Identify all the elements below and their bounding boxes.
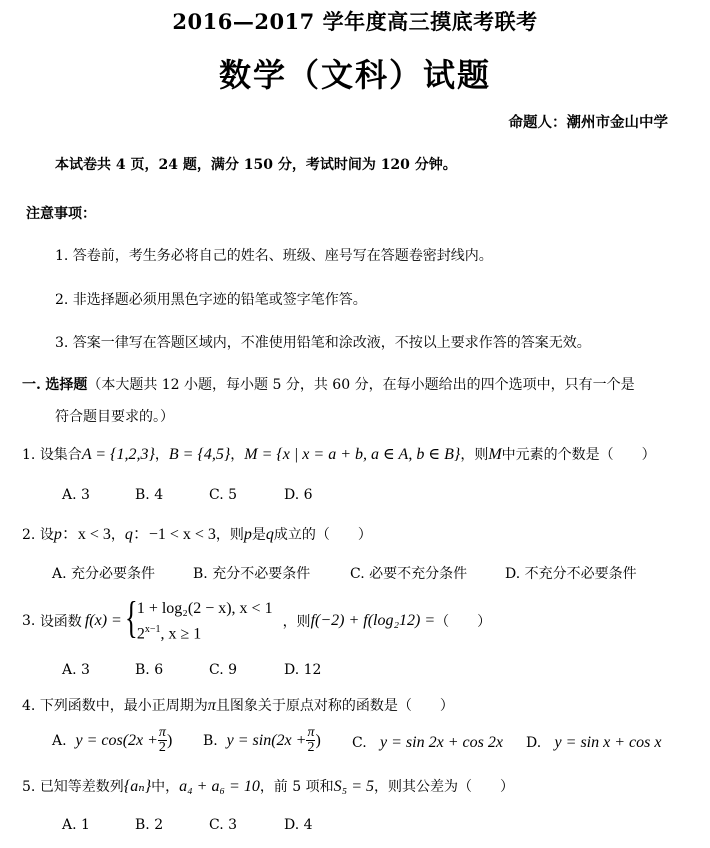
option-d: D. 不充分不必要条件 xyxy=(505,563,637,583)
math-expr: {aₙ} xyxy=(124,778,151,795)
option-c: C. y = sin 2x + cos 2x xyxy=(352,734,503,752)
question-number: 5. xyxy=(22,779,35,795)
option-c: C. 5 xyxy=(209,487,237,503)
option-a: A. y = cos(2x + π2 ) xyxy=(52,726,172,755)
question-text: 是 xyxy=(252,527,266,543)
question-number: 2. xyxy=(22,527,35,543)
question-text: 中， xyxy=(151,779,179,795)
math-expr: q xyxy=(125,526,133,543)
math-expr: S₅ = 5 xyxy=(334,778,374,795)
option-d: D. 4 xyxy=(284,817,313,833)
option-d: D. 6 xyxy=(284,487,313,503)
option-b: B. 2 xyxy=(135,817,163,833)
note-item: 3. 答案一律写在答题区域内，不准使用铅笔和涂改液，不按以上要求作答的答案无效。 xyxy=(55,332,591,352)
fraction-numerator: π xyxy=(306,726,315,741)
question-text: 设函数 xyxy=(40,611,82,631)
option-a: A. 3 xyxy=(62,662,90,678)
question-3: 3. 设函数 f(x) = { 1 + log₂(2 − x), x < 1 2… xyxy=(22,598,491,644)
math-expr: y = sin 2x + cos 2x xyxy=(380,734,503,751)
question-text: 下列函数中，最小正周期为 xyxy=(40,698,208,714)
option-label: D. xyxy=(526,735,541,751)
fraction-denominator: 2 xyxy=(306,741,315,755)
math-expr: p xyxy=(54,526,62,543)
math-expr: ) xyxy=(315,732,320,750)
option-a: A. 充分必要条件 xyxy=(52,563,155,583)
question-number: 3. xyxy=(22,613,35,629)
question-text: ， xyxy=(230,447,244,463)
piecewise-case-1: 1 + log₂(2 − x), x < 1 xyxy=(137,598,273,619)
question-text: 中元素的个数是（ ） xyxy=(502,447,656,463)
section-header: 一. 选择题（本大题共 12 小题，每小题 5 分，共 60 分，在每小题给出的… xyxy=(22,374,635,394)
option-b: B. y = sin(2x + π2 ) xyxy=(203,726,321,755)
piecewise-function: { 1 + log₂(2 − x), x < 1 2x−1, x ≥ 1 xyxy=(125,598,273,644)
math-expr: f(x) = xyxy=(85,612,122,630)
note-item: 1. 答卷前，考生务必将自己的姓名、班级、座号写在答题卷密封线内。 xyxy=(55,245,493,265)
question-number: 4. xyxy=(22,698,35,714)
option-c: C. 3 xyxy=(209,817,237,833)
question-text: 设集合 xyxy=(40,447,82,463)
question-text: 已知等差数列 xyxy=(40,779,124,795)
math-expr: M = {x | x = a + b, a ∈ A, b ∈ B} xyxy=(244,446,460,463)
math-exponent: x−1 xyxy=(145,624,161,635)
math-expr: M xyxy=(488,446,501,463)
section-number: 一. xyxy=(22,377,41,393)
option-a: A. 1 xyxy=(62,817,90,833)
question-5: 5. 已知等差数列{aₙ}中，a₄ + a₆ = 10，前 5 项和S₅ = 5… xyxy=(22,776,514,796)
fraction-numerator: π xyxy=(158,726,167,741)
question-text: （ ） xyxy=(435,611,491,631)
question-2: 2. 设p：x < 3，q：−1 < x < 3，则p是q成立的（ ） xyxy=(22,521,372,544)
math-expr: ：x < 3 xyxy=(62,526,111,543)
question-text: ， xyxy=(155,447,169,463)
option-c: C. 必要不充分条件 xyxy=(350,563,467,583)
option-label: A. xyxy=(52,733,67,749)
brace-icon: { xyxy=(125,594,138,642)
section-name: 选择题 xyxy=(45,377,87,393)
math-expr: a₄ + a₆ = 10 xyxy=(179,778,260,795)
option-a: A. 3 xyxy=(62,487,90,503)
exam-title: 2016—2017 学年度高三摸底考联考 xyxy=(0,6,710,36)
note-item: 2. 非选择题必须用黑色字迹的铅笔或签字笔作答。 xyxy=(55,289,367,309)
question-text: ， xyxy=(111,527,125,543)
math-expr: ) xyxy=(167,732,172,750)
math-expr: B = {4,5} xyxy=(169,446,230,463)
math-expr: A = {1,2,3} xyxy=(82,446,155,463)
question-4: 4. 下列函数中，最小正周期为π且图象关于原点对称的函数是（ ） xyxy=(22,695,454,715)
question-1: 1. 设集合A = {1,2,3}，B = {4,5}，M = {x | x =… xyxy=(22,444,656,464)
math-expr: f(−2) + f(log₂12) = xyxy=(311,612,436,630)
math-expr: q xyxy=(266,526,274,543)
math-expr: p xyxy=(244,526,252,543)
fraction-denominator: 2 xyxy=(158,741,167,755)
option-b: B. 充分不必要条件 xyxy=(193,563,310,583)
option-d: D. y = sin x + cos x xyxy=(526,734,661,752)
math-expr: 2 xyxy=(137,625,145,642)
question-text: ，则 xyxy=(460,447,488,463)
option-b: B. 4 xyxy=(135,487,163,503)
section-desc: （本大题共 12 小题，每小题 5 分，共 60 分，在每小题给出的四个选项中，… xyxy=(87,377,634,393)
question-text: 设 xyxy=(40,527,54,543)
question-text: ，则 xyxy=(216,527,244,543)
option-c: C. 9 xyxy=(209,662,237,678)
exam-summary: 本试卷共 4 页，24 题，满分 150 分，考试时间为 120 分钟。 xyxy=(55,154,457,174)
fraction: π2 xyxy=(158,726,167,755)
question-text: ，则其公差为（ ） xyxy=(374,779,514,795)
section-desc-cont: 符合题目要求的。） xyxy=(55,406,174,426)
question-text: 且图象关于原点对称的函数是（ ） xyxy=(216,698,454,714)
math-expr: ：−1 < x < 3 xyxy=(133,526,216,543)
math-expr: y = sin(2x + xyxy=(227,732,307,750)
math-expr: , x ≥ 1 xyxy=(160,625,201,642)
option-label: B. xyxy=(203,733,218,749)
piecewise-case-2: 2x−1, x ≥ 1 xyxy=(137,619,273,644)
option-d: D. 12 xyxy=(284,662,321,678)
notes-title: 注意事项： xyxy=(26,203,96,223)
option-b: B. 6 xyxy=(135,662,163,678)
fraction: π2 xyxy=(306,726,315,755)
option-label: C. xyxy=(352,735,367,751)
exam-author: 命题人：潮州市金山中学 xyxy=(509,111,669,132)
question-text: ，前 5 项和 xyxy=(260,779,334,795)
math-expr: π xyxy=(208,697,216,714)
question-text: ，则 xyxy=(283,611,311,631)
question-text: 成立的（ ） xyxy=(274,527,372,543)
question-number: 1. xyxy=(22,447,35,463)
math-expr: y = sin x + cos x xyxy=(555,734,662,751)
math-expr: y = cos(2x + xyxy=(75,732,157,750)
exam-subtitle: 数学（文科）试题 xyxy=(0,50,710,96)
